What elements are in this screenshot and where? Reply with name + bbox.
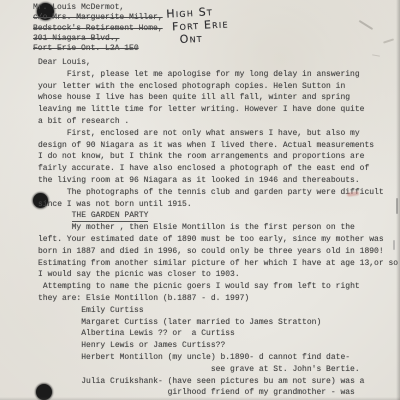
text-run: girlhood friend of my grandmother - was xyxy=(168,388,355,397)
text-run: since I was not born until 1915. xyxy=(38,200,192,209)
indent xyxy=(38,188,67,197)
body-line: Estimating from another similar picture … xyxy=(38,258,398,270)
text-run: Bedstock's Retirement Home, xyxy=(33,24,163,33)
body-line: see grave at St. John's Bertie. xyxy=(38,364,398,376)
text-run: My mother , then Elsie Montillon is the … xyxy=(72,223,355,232)
text-run: I do not know, but I think the room arra… xyxy=(38,152,364,161)
body-line: Julia Cruikshank- (have seen pictures bu… xyxy=(38,376,398,388)
body-line: I do not know, but I think the room arra… xyxy=(38,151,398,163)
faint-pencil-mark xyxy=(383,38,394,43)
text-run: fairly accurate. I have also enclosed a … xyxy=(38,164,369,173)
recipient-address-block: Mr. Louis McDermot,c/o Mrs. Marguerite M… xyxy=(33,3,163,54)
text-run: Albertina Lewis ?? or a Curtiss xyxy=(81,329,235,338)
text-run: design of 90 Niagara as it was when I li… xyxy=(38,141,374,150)
indent xyxy=(38,329,81,338)
body-line: since I was not born until 1915. xyxy=(38,199,398,211)
text-run: c/o Mrs. Marguerite Miller, xyxy=(33,13,163,22)
body-line: I would say the picnic was closer to 190… xyxy=(38,269,398,281)
body-line: left. Your estimated date of 1890 must b… xyxy=(38,234,398,246)
text-run: the living room at 96 Niagara as it look… xyxy=(38,176,360,185)
body-line: The photographs of the tennis club and g… xyxy=(38,187,398,199)
body-line: born in 1887 and died in 1996, so could … xyxy=(38,246,398,258)
address-line: Mr. Louis McDermot, xyxy=(33,3,163,13)
body-line: whose house I live has been quite ill al… xyxy=(38,92,398,104)
body-line: Attempting to name the picnic goers I wo… xyxy=(38,281,398,293)
scan-edge-shadow xyxy=(396,0,400,400)
text-run: Julia Cruikshank- (have seen pictures bu… xyxy=(81,377,364,386)
text-run: they are: Elsie Montillon (b.1887 - d. 1… xyxy=(38,294,249,303)
text-run: Fort Erie Ont. L2A 1E0 xyxy=(33,44,139,53)
body-line: First, enclosed are not only what answer… xyxy=(38,128,398,140)
text-run: a bit of research . xyxy=(38,117,129,126)
text-run: Mr. Louis McDermot, xyxy=(33,3,124,12)
body-line: Margaret Curtiss (later married to James… xyxy=(38,317,398,329)
text-run: Margaret Curtiss (later married to James… xyxy=(81,318,321,327)
body-line: Albertina Lewis ?? or a Curtiss xyxy=(38,328,398,340)
body-line: your letter with the enclosed photograph… xyxy=(38,81,398,93)
scanned-letter-page: Mr. Louis McDermot,c/o Mrs. Marguerite M… xyxy=(0,0,400,400)
text-run: I would say the picnic was closer to 190… xyxy=(38,270,240,279)
handwritten-line: Ont xyxy=(179,30,229,46)
indent xyxy=(38,70,67,79)
body-line: the living room at 96 Niagara as it look… xyxy=(38,175,398,187)
section-heading: THE GARDEN PARTY xyxy=(72,211,149,222)
address-line: 301 Niagara Blvd., xyxy=(33,34,163,44)
address-line: Fort Erie Ont. L2A 1E0 xyxy=(33,44,163,54)
body-line: Herbert Montillon (my uncle) b.1890- d c… xyxy=(38,352,398,364)
body-line: they are: Elsie Montillon (b.1887 - d. 1… xyxy=(38,293,398,305)
text-run: your letter with the enclosed photograph… xyxy=(38,82,345,91)
text-run: Ont xyxy=(179,32,203,46)
text-run: Dear Louis, xyxy=(38,58,91,67)
indent xyxy=(38,353,81,362)
text-run: Attempting to name the picnic goers I wo… xyxy=(43,282,360,291)
text-run: Emily Curtiss xyxy=(81,306,143,315)
body-line: First, please let me apologise for my lo… xyxy=(38,69,398,81)
text-run: whose house I live has been quite ill al… xyxy=(38,93,350,102)
body-line: fairly accurate. I have also enclosed a … xyxy=(38,163,398,175)
body-line: design of 90 Niagara as it was when I li… xyxy=(38,140,398,152)
scan-artifact-tick xyxy=(393,240,395,250)
text-run: leaving me little time for letter writin… xyxy=(38,105,364,114)
indent xyxy=(38,388,168,397)
body-line: leaving me little time for letter writin… xyxy=(38,104,398,116)
body-line: a bit of research . xyxy=(38,116,398,128)
text-run: see grave at St. John's Bertie. xyxy=(211,365,360,374)
body-line: Henry Lewis or James Curtiss?? xyxy=(38,340,398,352)
indent xyxy=(38,211,72,220)
indent xyxy=(38,223,72,232)
faint-pencil-mark xyxy=(359,20,373,30)
indent xyxy=(38,129,67,138)
text-run: The photographs of the tennis club and g… xyxy=(67,188,384,197)
text-run: Herbert Montillon (my uncle) b.1890- d c… xyxy=(81,353,350,362)
indent xyxy=(38,365,211,374)
text-run: 301 Niagara Blvd., xyxy=(33,34,119,43)
body-line: Dear Louis, xyxy=(38,57,398,69)
address-line: Bedstock's Retirement Home, xyxy=(33,24,163,34)
body-line: Emily Curtiss xyxy=(38,305,398,317)
text-run: Henry Lewis or James Curtiss?? xyxy=(81,341,225,350)
indent xyxy=(38,341,81,350)
text-run: First, enclosed are not only what answer… xyxy=(67,129,360,138)
text-run: born in 1887 and died in 1996, so could … xyxy=(38,247,384,256)
body-line: THE GARDEN PARTY xyxy=(38,210,398,222)
letter-body: Dear Louis, First, please let me apologi… xyxy=(38,57,398,399)
indent xyxy=(38,377,81,386)
handwritten-address-correction: High StFort ErieOnt xyxy=(166,4,230,46)
body-line: My mother , then Elsie Montillon is the … xyxy=(38,222,398,234)
text-run: left. Your estimated date of 1890 must b… xyxy=(38,235,384,244)
address-line: c/o Mrs. Marguerite Miller, xyxy=(33,13,163,23)
indent xyxy=(38,306,81,315)
text-run: Estimating from another similar picture … xyxy=(38,259,398,268)
text-run: First, please let me apologise for my lo… xyxy=(67,70,360,79)
indent xyxy=(38,318,81,327)
